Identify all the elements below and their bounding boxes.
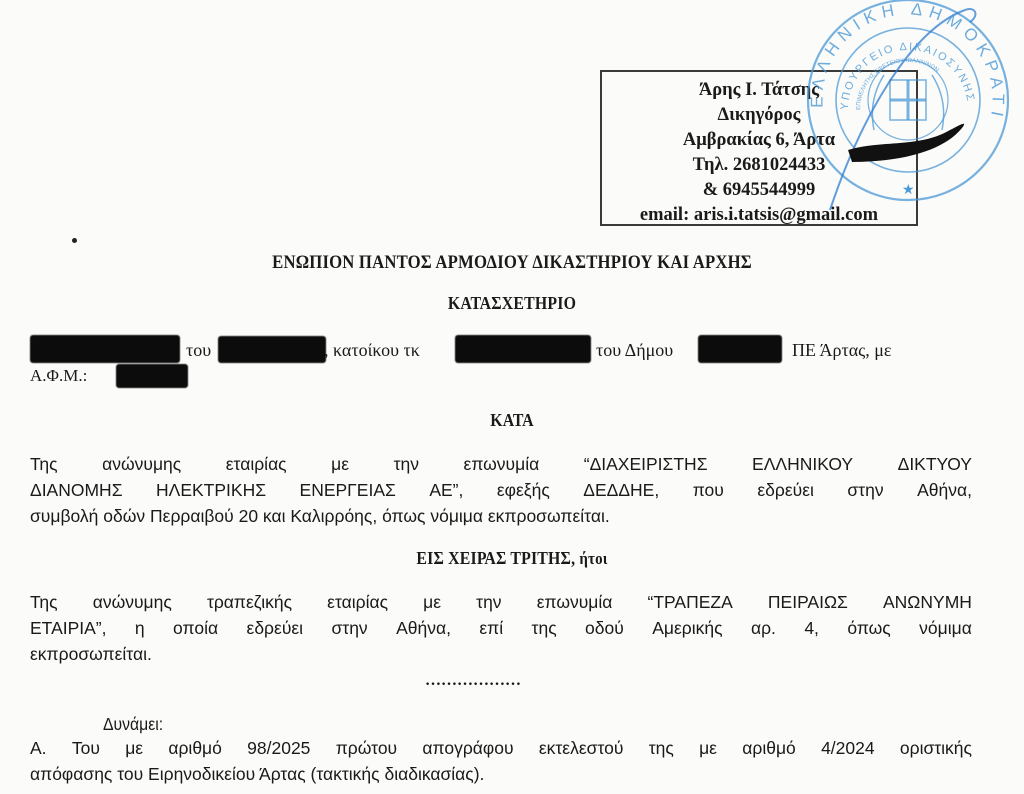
word: 4/2024 — [821, 735, 875, 761]
afm-line: Α.Φ.Μ.: — [30, 365, 87, 387]
basis-label: Δυνάμει: — [103, 714, 163, 735]
word: επί — [479, 615, 503, 641]
third-party-heading-suffix: ήτοι — [579, 549, 607, 568]
word: ΕΛΛΗΝΙΚΟΥ — [752, 451, 853, 477]
word: Της — [30, 589, 58, 615]
word: εκτελεστού — [539, 735, 624, 761]
word: Αμερικής — [652, 615, 722, 641]
document-page: Άρης Ι. Τάτσης Δικηγόρος Αμβρακίας 6, Άρ… — [0, 0, 1024, 794]
basis-a-line-1: Α.Τουμεαριθμό98/2025πρώτουαπογράφουεκτελ… — [30, 735, 972, 761]
against-paragraph: Τηςανώνυμηςεταιρίαςμετηνεπωνυμία“ΔΙΑΧΕΙΡ… — [30, 451, 972, 529]
word: ΑΕ”, — [429, 477, 463, 503]
word: οποία — [173, 615, 218, 641]
against-line-3: συμβολή οδών Περραιβού 20 και Καλιρρόης,… — [30, 503, 972, 529]
word: ΔΙΑΝΟΜΗΣ — [30, 477, 123, 503]
word: με — [423, 589, 441, 615]
ink-dot — [72, 238, 77, 243]
third-line-1: Τηςανώνυμηςτραπεζικήςεταιρίαςμετηνεπωνυμ… — [30, 589, 972, 615]
word: της — [649, 735, 674, 761]
word: ΔΙΚΤΥΟΥ — [898, 451, 972, 477]
afm-label: Α.Φ.Μ.: — [30, 366, 87, 385]
word: ΗΛΕΚΤΡΙΚΗΣ — [156, 477, 266, 503]
party-line: του , κατοίκου τκ του Δήμου ΠΕ Άρτας, με — [30, 337, 972, 363]
word: την — [476, 589, 501, 615]
redaction-locality — [455, 335, 591, 363]
word: ΠΕΙΡΑΙΩΣ — [768, 589, 848, 615]
word: ΑΝΩΝΥΜΗ — [883, 589, 972, 615]
redaction-name — [30, 335, 180, 363]
word: ανώνυμης — [93, 589, 172, 615]
word: οριστικής — [900, 735, 972, 761]
redaction-afm — [116, 364, 188, 388]
word: με — [699, 735, 717, 761]
word: Αθήνα, — [917, 477, 972, 503]
lawyer-letterhead: Άρης Ι. Τάτσης Δικηγόρος Αμβρακίας 6, Άρ… — [600, 70, 918, 226]
word: Αθήνα, — [396, 615, 451, 641]
word: στην — [331, 615, 367, 641]
word: η — [135, 615, 145, 641]
word: “ΤΡΑΠΕΖΑ — [648, 589, 733, 615]
word: εδρεύει — [757, 477, 814, 503]
basis-a-line-2: απόφασης του Ειρηνοδικείου Άρτας (τακτικ… — [30, 761, 972, 787]
redaction-father-name — [218, 336, 326, 363]
word: όπως — [847, 615, 890, 641]
word: 4, — [804, 615, 819, 641]
against-line-2: ΔΙΑΝΟΜΗΣΗΛΕΚΤΡΙΚΗΣΕΝΕΡΓΕΙΑΣΑΕ”,εφεξήςΔΕΔ… — [30, 477, 972, 503]
text-residence: , κατοίκου τκ — [324, 337, 420, 363]
word: επωνυμία — [464, 451, 540, 477]
word: αρ. — [751, 615, 776, 641]
word: 98/2025 — [247, 735, 310, 761]
word: στην — [847, 477, 883, 503]
word: με — [331, 451, 349, 477]
redaction-municipality — [698, 335, 782, 363]
against-heading: ΚΑΤΑ — [61, 410, 962, 431]
word: τραπεζικής — [207, 589, 292, 615]
against-line-1: Τηςανώνυμηςεταιρίαςμετηνεπωνυμία“ΔΙΑΧΕΙΡ… — [30, 451, 972, 477]
word: Α. — [30, 735, 47, 761]
word: ΕΝΕΡΓΕΙΑΣ — [300, 477, 396, 503]
lawyer-address: Αμβρακίας 6, Άρτα — [602, 128, 916, 153]
court-heading: ΕΝΩΠΙΟΝ ΠΑΝΤΟΣ ΑΡΜΟΔΙΟΥ ΔΙΚΑΣΤΗΡΙΟΥ ΚΑΙ … — [61, 252, 962, 274]
lawyer-email: email: aris.i.tatsis@gmail.com — [602, 203, 916, 228]
text-tou: του — [186, 337, 211, 363]
third-line-2: ΕΤΑΙΡΙΑ”,ηοποίαεδρεύειστηνΑθήνα,επίτηςοδ… — [30, 615, 972, 641]
word: που — [693, 477, 724, 503]
third-party-paragraph: Τηςανώνυμηςτραπεζικήςεταιρίαςμετηνεπωνυμ… — [30, 589, 972, 667]
lawyer-name: Άρης Ι. Τάτσης — [602, 78, 916, 103]
word: εδρεύει — [247, 615, 304, 641]
text-region: ΠΕ Άρτας, με — [792, 337, 891, 363]
word: πρώτου — [336, 735, 397, 761]
word: εφεξής — [497, 477, 550, 503]
basis-item-a: Α.Τουμεαριθμό98/2025πρώτουαπογράφουεκτελ… — [30, 735, 972, 787]
word: οδού — [585, 615, 624, 641]
word: επωνυμία — [537, 589, 613, 615]
word: αριθμό — [168, 735, 222, 761]
lawyer-title: Δικηγόρος — [602, 103, 916, 128]
third-line-3: εκπροσωπείται. — [30, 641, 972, 667]
word: με — [125, 735, 143, 761]
word: ΕΤΑΙΡΙΑ”, — [30, 615, 107, 641]
text-municipality: του Δήμου — [596, 337, 673, 363]
word: ανώνυμης — [102, 451, 181, 477]
word: εταιρίας — [327, 589, 388, 615]
word: της — [532, 615, 557, 641]
word: εταιρίας — [226, 451, 287, 477]
word: Του — [72, 735, 100, 761]
word: “ΔΙΑΧΕΙΡΙΣΤΗΣ — [584, 451, 708, 477]
word: Της — [30, 451, 58, 477]
document-title: ΚΑΤΑΣΧΕΤΗΡΙΟ — [61, 293, 962, 314]
lawyer-phone: Τηλ. 2681024433 — [602, 153, 916, 178]
word: αριθμό — [742, 735, 796, 761]
lawyer-phone2: & 6945544999 — [602, 178, 916, 203]
third-party-heading-text: ΕΙΣ ΧΕΙΡΑΣ ΤΡΙΤΗΣ, — [416, 548, 575, 568]
separator-dots: ……………… — [425, 672, 521, 690]
word: ΔΕΔΔΗΕ, — [583, 477, 659, 503]
word: την — [394, 451, 419, 477]
word: νόμιμα — [919, 615, 972, 641]
word: απογράφου — [422, 735, 513, 761]
third-party-heading: ΕΙΣ ΧΕΙΡΑΣ ΤΡΙΤΗΣ, ήτοι — [61, 548, 962, 569]
